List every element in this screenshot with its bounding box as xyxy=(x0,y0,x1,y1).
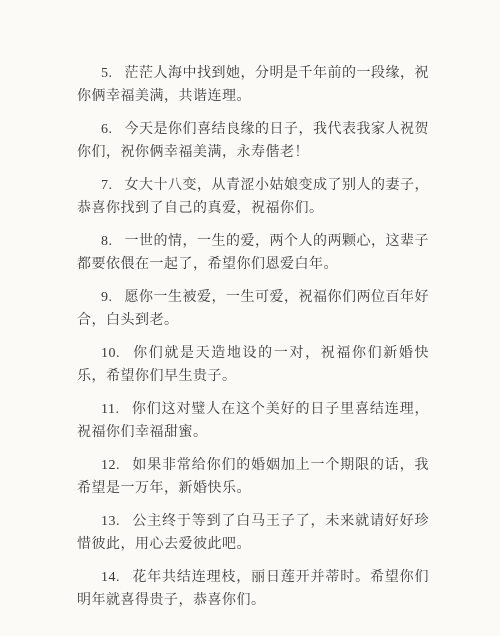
list-item: 7.女大十八变，从青涩小姑娘变成了别人的妻子，恭喜你找到了自己的真爱，祝福你们。 xyxy=(77,174,429,220)
item-number: 8. xyxy=(101,234,113,249)
item-text: 你们这对璧人在这个美好的日子里喜结连理，祝福你们幸福甜蜜。 xyxy=(77,402,429,440)
list-item: 5.茫茫人海中找到她，分明是千年前的一段缘，祝你俩幸福美满，共谐连理。 xyxy=(77,62,429,108)
item-number: 14. xyxy=(101,570,120,585)
item-text: 花年共结连理枝，丽日莲开并蒂时。希望你们明年就喜得贵子，恭喜你们。 xyxy=(77,570,429,608)
list-item: 11.你们这对璧人在这个美好的日子里喜结连理，祝福你们幸福甜蜜。 xyxy=(77,398,429,444)
blessing-list: 5.茫茫人海中找到她，分明是千年前的一段缘，祝你俩幸福美满，共谐连理。 6.今天… xyxy=(77,62,429,612)
list-item: 6.今天是你们喜结良缘的日子，我代表我家人祝贺你们，祝你俩幸福美满，永寿偕老！ xyxy=(77,118,429,164)
item-text: 一世的情，一生的爱，两个人的两颗心，这辈子都要依偎在一起了，希望你们恩爱白年。 xyxy=(77,234,429,272)
item-number: 13. xyxy=(101,514,120,529)
list-item: 14.花年共结连理枝，丽日莲开并蒂时。希望你们明年就喜得贵子，恭喜你们。 xyxy=(77,566,429,612)
item-text: 如果非常给你们的婚姻加上一个期限的话，我希望是一万年，新婚快乐。 xyxy=(77,458,429,496)
item-text: 愿你一生被爱，一生可爱，祝福你们两位百年好合，白头到老。 xyxy=(77,290,429,328)
item-text: 今天是你们喜结良缘的日子，我代表我家人祝贺你们，祝你俩幸福美满，永寿偕老！ xyxy=(77,122,429,160)
list-item: 10.你们就是天造地设的一对，祝福你们新婚快乐，希望你们早生贵子。 xyxy=(77,342,429,388)
item-text: 公主终于等到了白马王子了，未来就请好好珍惜彼此，用心去爱彼此吧。 xyxy=(77,514,429,552)
item-number: 9. xyxy=(101,290,113,305)
item-text: 女大十八变，从青涩小姑娘变成了别人的妻子，恭喜你找到了自己的真爱，祝福你们。 xyxy=(77,178,429,216)
item-number: 12. xyxy=(101,458,120,473)
item-text: 你们就是天造地设的一对，祝福你们新婚快乐，希望你们早生贵子。 xyxy=(77,346,429,384)
list-item: 13.公主终于等到了白马王子了，未来就请好好珍惜彼此，用心去爱彼此吧。 xyxy=(77,510,429,556)
item-number: 7. xyxy=(101,178,113,193)
item-number: 10. xyxy=(101,346,120,361)
list-item: 9.愿你一生被爱，一生可爱，祝福你们两位百年好合，白头到老。 xyxy=(77,286,429,332)
item-number: 6. xyxy=(101,122,113,137)
list-item: 12.如果非常给你们的婚姻加上一个期限的话，我希望是一万年，新婚快乐。 xyxy=(77,454,429,500)
document-page: 5.茫茫人海中找到她，分明是千年前的一段缘，祝你俩幸福美满，共谐连理。 6.今天… xyxy=(0,0,500,636)
item-number: 11. xyxy=(101,402,119,417)
item-text: 茫茫人海中找到她，分明是千年前的一段缘，祝你俩幸福美满，共谐连理。 xyxy=(77,66,429,104)
item-number: 5. xyxy=(101,66,113,81)
list-item: 8.一世的情，一生的爱，两个人的两颗心，这辈子都要依偎在一起了，希望你们恩爱白年… xyxy=(77,230,429,276)
